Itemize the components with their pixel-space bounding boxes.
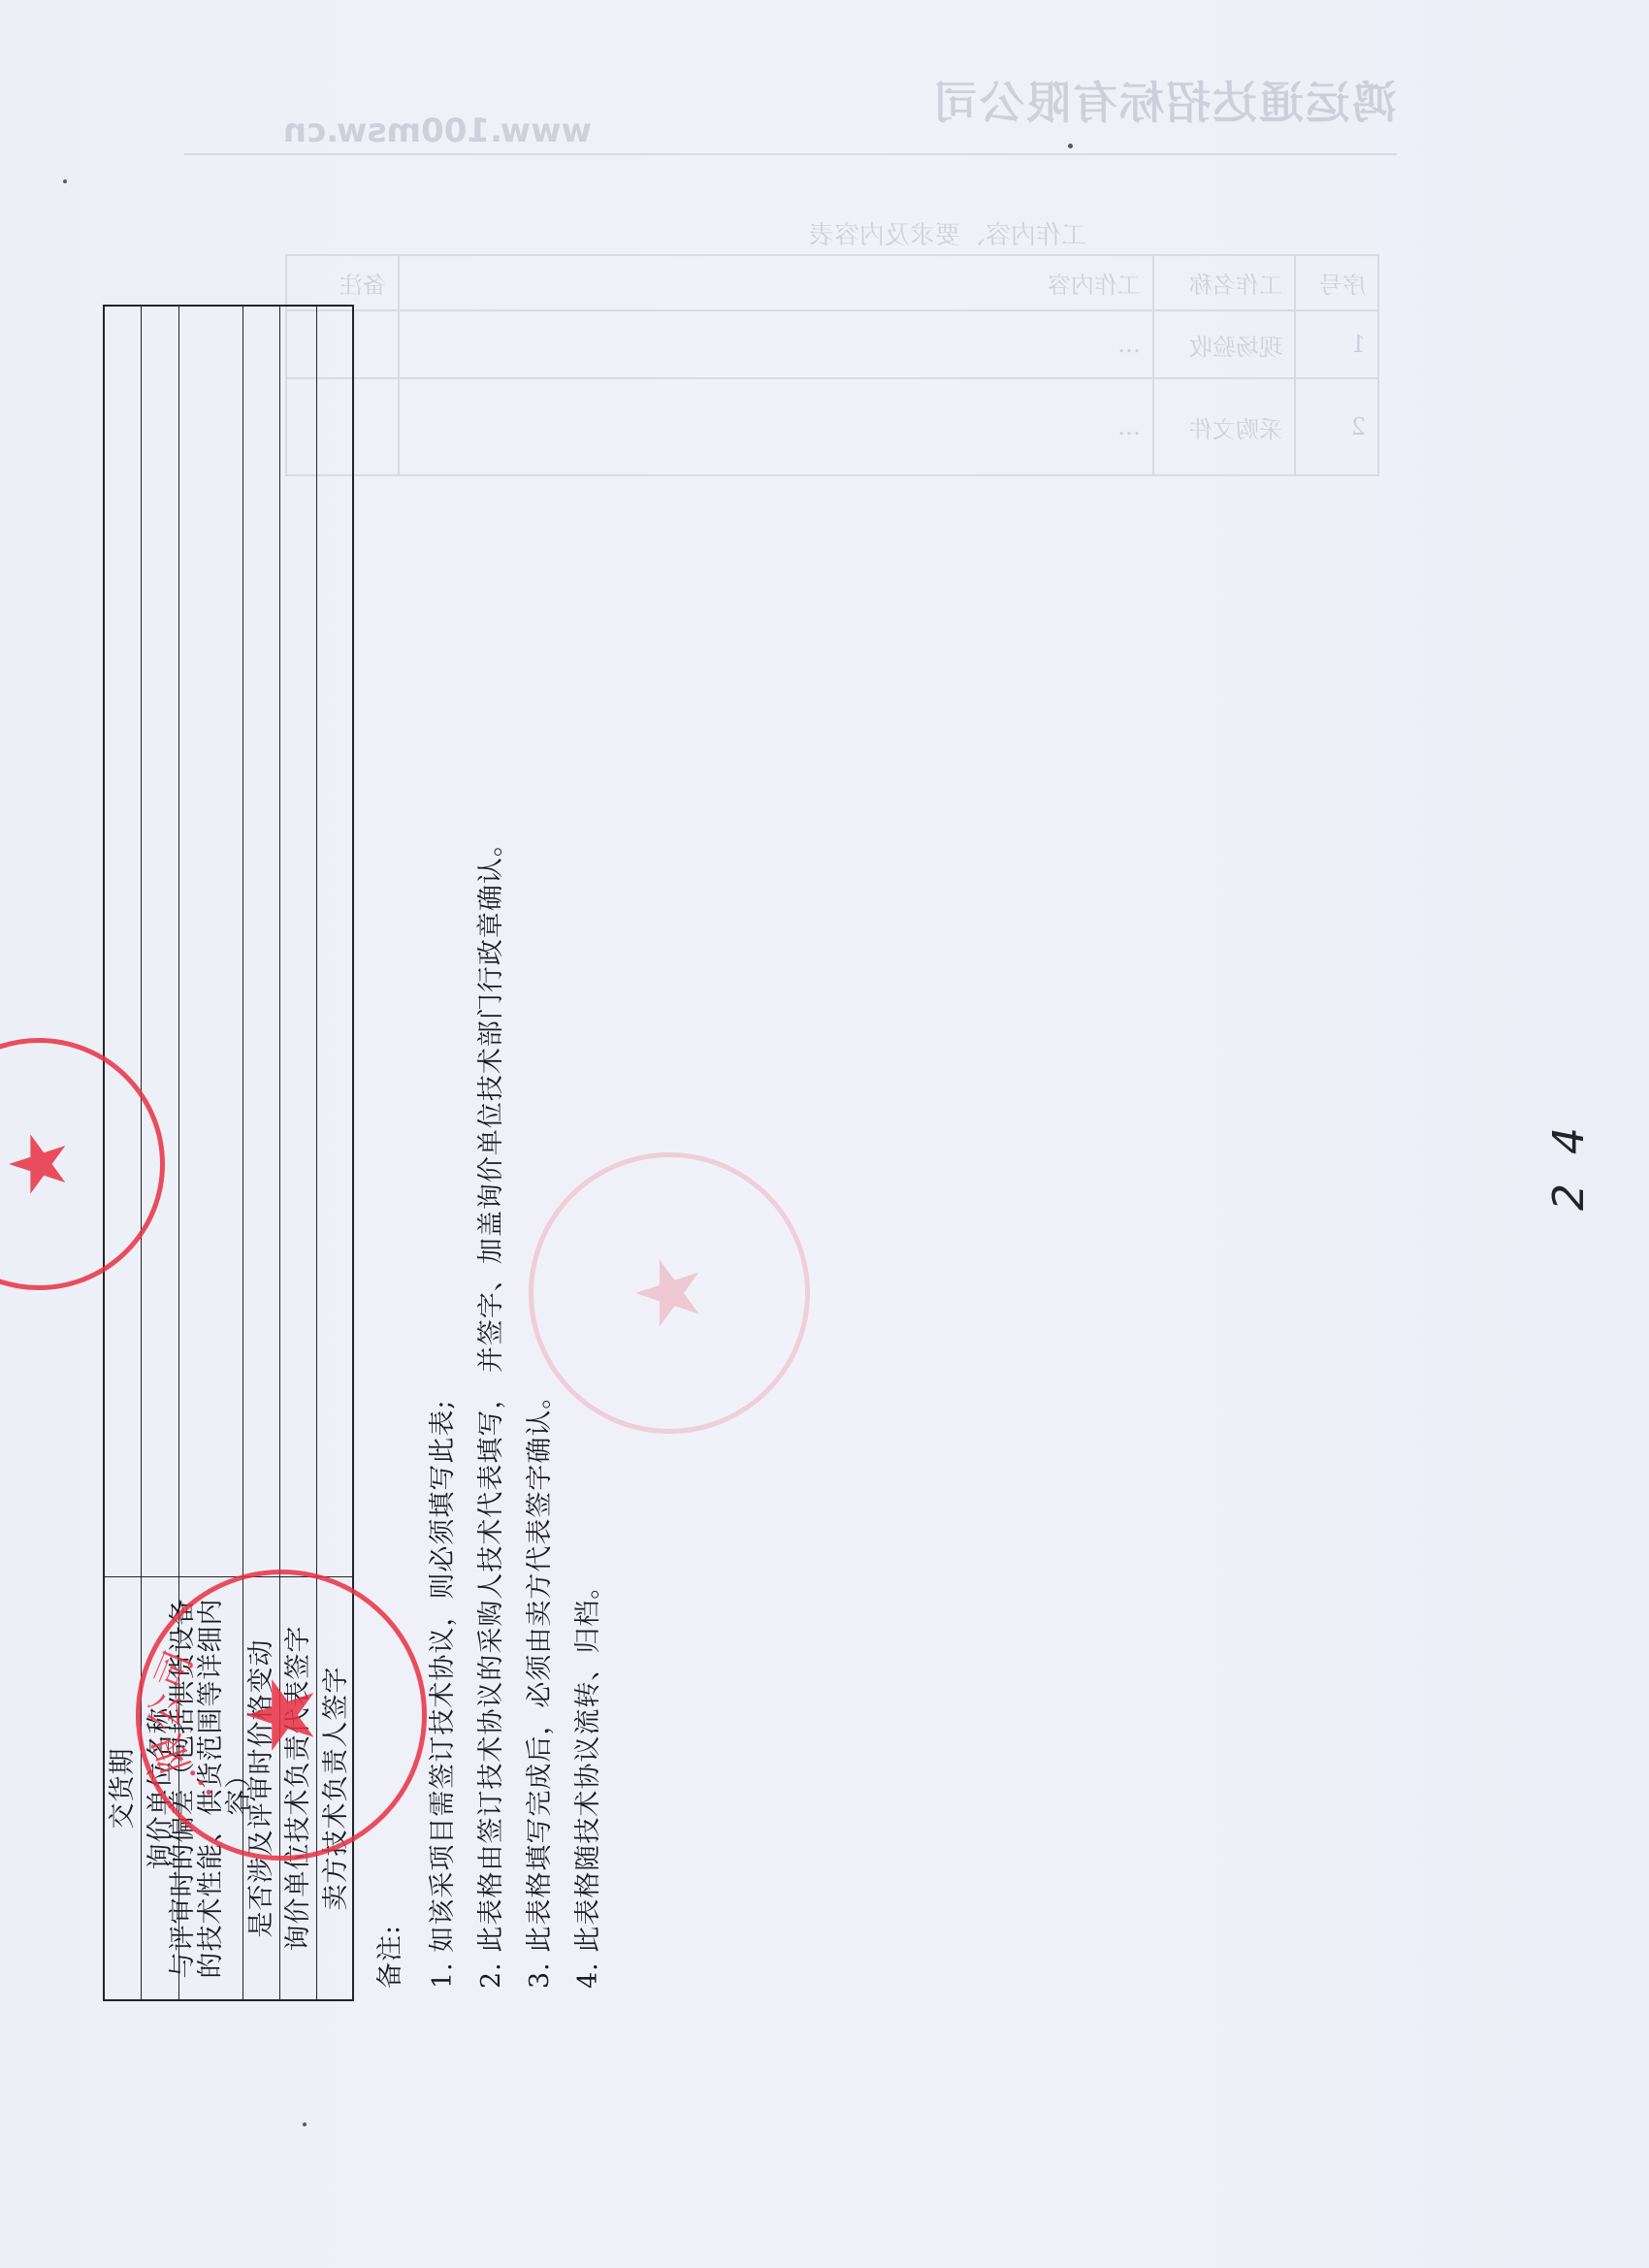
notes-heading: 备注: (369, 1925, 406, 1989)
note-item: 1. 如该采项目需签订技术协议，则必须填写此表; (421, 1400, 459, 1989)
scan-speck (1068, 144, 1073, 148)
seal-text-ring: …限公司 (141, 1574, 422, 1856)
note-item: 2. 此表格由签订技术协议的采购人技术代表填写， 并签字、加盖询价单位技术部门行… (469, 829, 507, 1989)
inquiry-unit-seal: ★ …公司 (0, 1038, 165, 1290)
rotated-content: 交货期 询价单位名称 与评审时的偏差（包括供货设备的技术性能、供货范围等详细内容… (0, 0, 1649, 2268)
row-label: 交货期 (105, 1576, 141, 1999)
row-value-price-change[interactable] (243, 307, 279, 1576)
note-item: 4. 此表格随技术协议流转、归档。 (566, 1572, 604, 1989)
row-value-seller-signature[interactable] (317, 307, 354, 1576)
handwritten-page-number: 24 (1544, 1098, 1594, 1211)
seal-star-icon: ★ (626, 1254, 713, 1333)
row-value-deviation[interactable] (179, 307, 242, 1576)
row-value-inquiry-signature[interactable] (280, 307, 316, 1576)
scanned-page: 鸿运通达招标有限公司 www.100msw.cn 工作内容、要求及内容表 序号 … (0, 0, 1649, 2268)
row-value-delivery[interactable] (105, 307, 141, 1576)
seal-text-ring: …公司 (0, 1043, 160, 1285)
scan-speck (303, 2122, 307, 2126)
scan-speck (63, 179, 67, 183)
svg-text:…限公司: …限公司 (144, 1645, 221, 1818)
seller-company-seal: ★ …限公司 (136, 1570, 427, 1861)
faint-seal: ★ (529, 1152, 810, 1434)
row-value-inquiry-unit[interactable] (142, 307, 178, 1576)
note-item: 3. 此表格填写完成后，必须由卖方代表签字确认。 (518, 1382, 556, 1989)
